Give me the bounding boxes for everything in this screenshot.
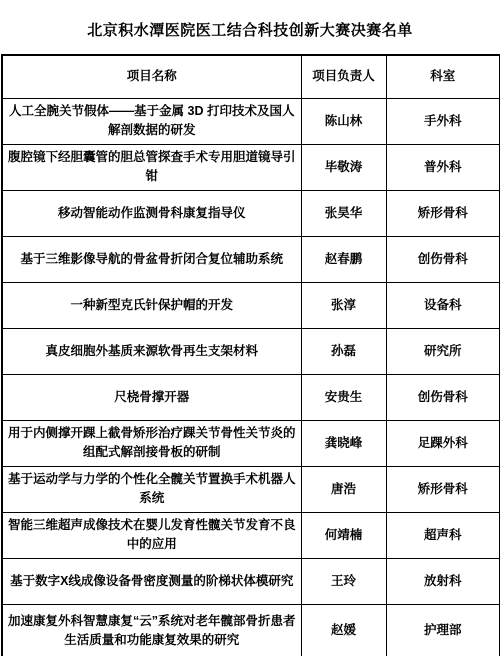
project-name-cell: 用于内侧撑开踝上截骨矫形治疗踝关节骨性关节炎的组配式解剖接骨板的研制 bbox=[2, 420, 301, 466]
leader-cell: 何靖楠 bbox=[301, 512, 386, 558]
department-cell: 研究所 bbox=[386, 328, 500, 374]
header-row: 项目名称 项目负责人 科室 bbox=[2, 55, 500, 98]
column-header-project: 项目名称 bbox=[2, 55, 301, 98]
leader-cell: 龚晓峰 bbox=[301, 420, 386, 466]
project-name-cell: 基于运动学与力学的个性化全髋关节置换手术机器人系统 bbox=[2, 466, 301, 512]
leader-cell: 陈山林 bbox=[301, 98, 386, 144]
project-name-cell: 移动智能动作监测骨科康复指导仪 bbox=[2, 190, 301, 236]
table-row: 人工全腕关节假体——基于金属 3D 打印技术及国人解剖数据的研发 陈山林 手外科 bbox=[2, 98, 500, 144]
finals-table: 项目名称 项目负责人 科室 人工全腕关节假体——基于金属 3D 打印技术及国人解… bbox=[1, 54, 500, 656]
table-row: 腹腔镜下经胆囊管的胆总管探查手术专用胆道镜导引钳 毕敬涛 普外科 bbox=[2, 144, 500, 190]
project-name-cell: 智能三维超声成像技术在婴儿发育性髋关节发育不良中的应用 bbox=[2, 512, 301, 558]
department-cell: 矫形骨科 bbox=[386, 466, 500, 512]
department-cell: 护理部 bbox=[386, 604, 500, 656]
department-cell: 矫形骨科 bbox=[386, 190, 500, 236]
leader-cell: 孙磊 bbox=[301, 328, 386, 374]
table-row: 智能三维超声成像技术在婴儿发育性髋关节发育不良中的应用 何靖楠 超声科 bbox=[2, 512, 500, 558]
department-cell: 手外科 bbox=[386, 98, 500, 144]
project-name-cell: 腹腔镜下经胆囊管的胆总管探查手术专用胆道镜导引钳 bbox=[2, 144, 301, 190]
leader-cell: 安贵生 bbox=[301, 374, 386, 420]
leader-cell: 王玲 bbox=[301, 558, 386, 604]
leader-cell: 张昊华 bbox=[301, 190, 386, 236]
department-cell: 创伤骨科 bbox=[386, 236, 500, 282]
table-row: 移动智能动作监测骨科康复指导仪 张昊华 矫形骨科 bbox=[2, 190, 500, 236]
leader-cell: 毕敬涛 bbox=[301, 144, 386, 190]
project-name-cell: 尺桡骨撑开器 bbox=[2, 374, 301, 420]
project-name-cell: 加速康复外科智慧康复“云”系统对老年髋部骨折患者生活质量和功能康复效果的研究 bbox=[2, 604, 301, 656]
department-cell: 足踝外科 bbox=[386, 420, 500, 466]
project-name-cell: 基于三维影像导航的骨盆骨折闭合复位辅助系统 bbox=[2, 236, 301, 282]
page-title: 北京积水潭医院医工结合科技创新大赛决赛名单 bbox=[0, 0, 500, 54]
leader-cell: 唐浩 bbox=[301, 466, 386, 512]
leader-cell: 赵春鹏 bbox=[301, 236, 386, 282]
department-cell: 放射科 bbox=[386, 558, 500, 604]
column-header-department: 科室 bbox=[386, 55, 500, 98]
table-row: 用于内侧撑开踝上截骨矫形治疗踝关节骨性关节炎的组配式解剖接骨板的研制 龚晓峰 足… bbox=[2, 420, 500, 466]
department-cell: 创伤骨科 bbox=[386, 374, 500, 420]
project-name-cell: 一种新型克氏针保护帽的开发 bbox=[2, 282, 301, 328]
table-row: 加速康复外科智慧康复“云”系统对老年髋部骨折患者生活质量和功能康复效果的研究 赵… bbox=[2, 604, 500, 656]
table-row: 一种新型克氏针保护帽的开发 张淳 设备科 bbox=[2, 282, 500, 328]
table-row: 基于数字X线成像设备骨密度测量的阶梯状体模研究 王玲 放射科 bbox=[2, 558, 500, 604]
column-header-leader: 项目负责人 bbox=[301, 55, 386, 98]
table-row: 基于三维影像导航的骨盆骨折闭合复位辅助系统 赵春鹏 创伤骨科 bbox=[2, 236, 500, 282]
project-name-cell: 真皮细胞外基质来源软骨再生支架材料 bbox=[2, 328, 301, 374]
table-row: 基于运动学与力学的个性化全髋关节置换手术机器人系统 唐浩 矫形骨科 bbox=[2, 466, 500, 512]
table-row: 真皮细胞外基质来源软骨再生支架材料 孙磊 研究所 bbox=[2, 328, 500, 374]
project-name-cell: 基于数字X线成像设备骨密度测量的阶梯状体模研究 bbox=[2, 558, 301, 604]
department-cell: 普外科 bbox=[386, 144, 500, 190]
leader-cell: 赵媛 bbox=[301, 604, 386, 656]
department-cell: 超声科 bbox=[386, 512, 500, 558]
department-cell: 设备科 bbox=[386, 282, 500, 328]
leader-cell: 张淳 bbox=[301, 282, 386, 328]
project-name-cell: 人工全腕关节假体——基于金属 3D 打印技术及国人解剖数据的研发 bbox=[2, 98, 301, 144]
table-row: 尺桡骨撑开器 安贵生 创伤骨科 bbox=[2, 374, 500, 420]
